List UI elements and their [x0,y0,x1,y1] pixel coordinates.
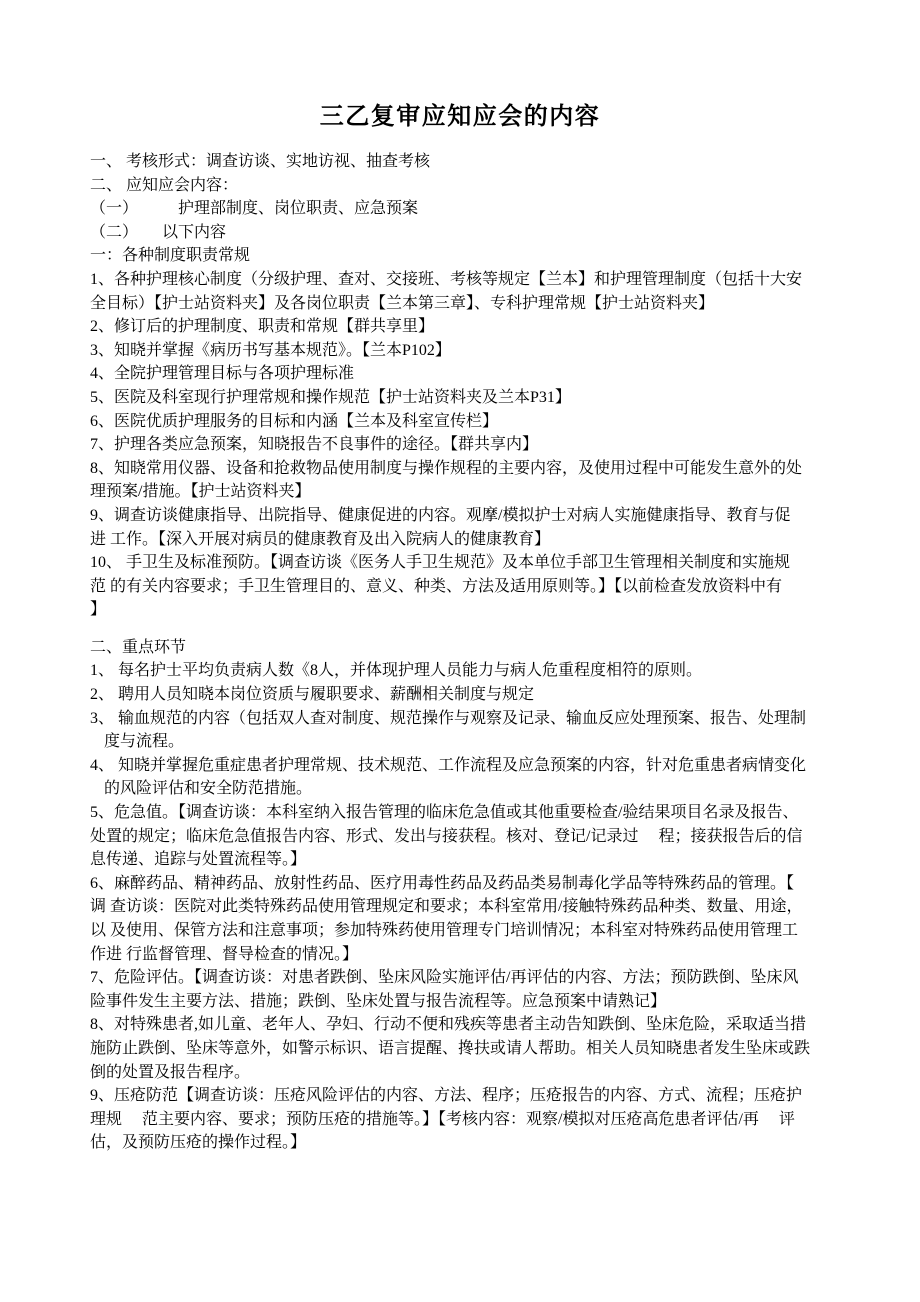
doc-line: 险事件发生主要方法、措施；跌倒、坠床处置与报告流程等。应急预案中请熟记】 [90,990,860,1014]
doc-line: 一、 考核形式：调查访谈、实地访视、抽查考核 [90,150,860,174]
document-title: 三乙复审应知应会的内容 [90,96,830,131]
doc-line: （一） 护理部制度、岗位职责、应急预案 [90,197,860,221]
doc-line: 二、重点环节 [90,636,860,660]
doc-line: 估，及预防压疮的操作过程。】 [90,1131,860,1155]
document-page: 三乙复审应知应会的内容 一、 考核形式：调查访谈、实地访视、抽查考核二、 应知应… [0,0,920,1302]
doc-line [90,622,860,636]
doc-line: 息传递、追踪与处置流程等。】 [90,848,860,872]
doc-line: 范 的有关内容要求；手卫生管理目的、意义、种类、方法及适用原则等。】【以前检查发… [90,575,860,599]
doc-line: 二、 应知应会内容： [90,174,860,198]
doc-line: 作进 行监督管理、督导检查的情况。】 [90,943,860,967]
doc-line: 调 查访谈：医院对此类特殊药品使用管理规定和要求；本科室常用/接触特殊药品种类、… [90,895,860,919]
doc-line: 6、医院优质护理服务的目标和内涵【兰本及科室宣传栏】 [90,410,860,434]
doc-line: 4、 知晓并掌握危重症患者护理常规、技术规范、工作流程及应急预案的内容，针对危重… [90,754,860,778]
doc-line: 处置的规定；临床危急值报告内容、形式、发出与接获程。核对、登记/记录过 程；接获… [90,825,860,849]
doc-line: 4、全院护理管理目标与各项护理标准 [90,362,860,386]
doc-line: 8、知晓常用仪器、设备和抢救物品使用制度与操作规程的主要内容，及使用过程中可能发… [90,457,860,481]
doc-line: 7、危险评估。【调查访谈：对患者跌倒、坠床风险实施评估/再评估的内容、方法；预防… [90,966,860,990]
doc-line: 7、护理各类应急预案，知晓报告不良事件的途径。【群共享内】 [90,433,860,457]
doc-line: 5、危急值。【调查访谈：本科室纳入报告管理的临床危急值或其他重要检查/验结果项目… [90,801,860,825]
doc-line: 3、 输血规范的内容（包括双人查对制度、规范操作与观察及记录、输血反应处理预案、… [90,707,860,731]
doc-line: 的风险评估和安全防范措施。 [90,777,860,801]
doc-line: 5、医院及科室现行护理常规和操作规范【护士站资料夹及兰本P31】 [90,386,860,410]
doc-line: 进 工作。【深入开展对病员的健康教育及出入院病人的健康教育】 [90,528,860,552]
doc-line: 度与流程。 [90,730,860,754]
doc-line: 施防止跌倒、坠床等意外，如警示标识、语言提醒、搀扶或请人帮助。相关人员知晓患者发… [90,1037,860,1061]
doc-line: 2、 聘用人员知晓本岗位资质与履职要求、薪酬相关制度与规定 [90,683,860,707]
doc-line: 2、修订后的护理制度、职责和常规【群共享里】 [90,315,860,339]
doc-line: 以 及使用、保管方法和注意事项；参加特殊药使用管理专门培训情况；本科室对特殊药品… [90,919,860,943]
doc-line: 理预案/措施。【护士站资料夹】 [90,480,860,504]
doc-line: 】 [90,598,860,622]
doc-line: 8、对特殊患者,如儿童、老年人、孕妇、行动不便和残疾等患者主动告知跌倒、坠床危险… [90,1013,860,1037]
doc-line: 3、知晓并掌握《病历书写基本规范》。【兰本P102】 [90,339,860,363]
doc-line: 一：各种制度职责常规 [90,244,860,268]
doc-line: 1、 每名护士平均负责病人数《8人，并体现护理人员能力与病人危重程度相符的原则。 [90,659,860,683]
doc-line: 1、各种护理核心制度（分级护理、查对、交接班、考核等规定【兰本】和护理管理制度（… [90,268,860,292]
doc-line: 全目标）【护士站资料夹】及各岗位职责【兰本第三章】、专科护理常规【护士站资料夹】 [90,292,860,316]
doc-line: 9、压疮防范【调查访谈：压疮风险评估的内容、方法、程序；压疮报告的内容、方式、流… [90,1084,860,1108]
doc-line: （二） 以下内容 [90,221,860,245]
doc-line: 10、 手卫生及标准预防。【调查访谈《医务人手卫生规范》及本单位手部卫生管理相关… [90,551,860,575]
document-body: 一、 考核形式：调查访谈、实地访视、抽查考核二、 应知应会内容：（一） 护理部制… [90,150,860,1155]
doc-line: 6、麻醉药品、精神药品、放射性药品、医疗用毒性药品及药品类易制毒化学品等特殊药品… [90,872,860,896]
doc-line: 倒的处置及报告程序。 [90,1061,860,1085]
doc-line: 理规 范主要内容、要求；预防压疮的措施等。】【考核内容：观察/模拟对压疮高危患者… [90,1108,860,1132]
doc-line: 9、调查访谈健康指导、出院指导、健康促进的内容。观摩/模拟护士对病人实施健康指导… [90,504,860,528]
